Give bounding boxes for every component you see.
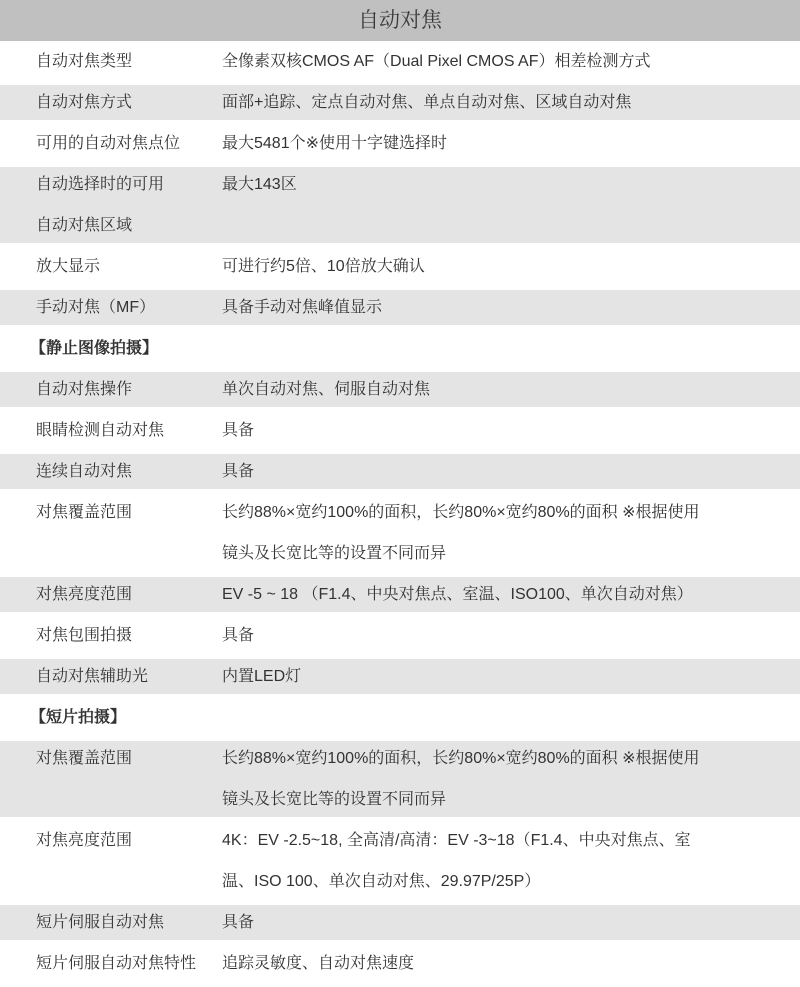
spec-label: 自动对焦类型 bbox=[0, 41, 222, 82]
label-line: 自动对焦辅助光 bbox=[36, 656, 222, 697]
value-line: 镜头及长宽比等的设置不同而异 bbox=[222, 779, 742, 820]
label-line: 自动对焦区域 bbox=[36, 205, 222, 246]
value-line: 追踪灵敏度、自动对焦速度 bbox=[222, 943, 742, 984]
spec-value: 全像素双核CMOS AF（Dual Pixel CMOS AF）相差检测方式 bbox=[222, 41, 800, 82]
section-label: 【短片拍摄】 bbox=[0, 697, 126, 738]
spec-value: 内置LED灯 bbox=[222, 656, 800, 697]
spec-value: 具备手动对焦峰值显示 bbox=[222, 287, 800, 328]
spec-value: 长约88%×宽约100%的面积，长约80%×宽约80%的面积 ※根据使用 镜头及… bbox=[222, 492, 800, 574]
autofocus-spec-table: 自动对焦 自动对焦类型 全像素双核CMOS AF（Dual Pixel CMOS… bbox=[0, 0, 800, 984]
value-line: 具备 bbox=[222, 902, 742, 943]
value-line: 单次自动对焦、伺服自动对焦 bbox=[222, 369, 742, 410]
spec-value: 长约88%×宽约100%的面积，长约80%×宽约80%的面积 ※根据使用 镜头及… bbox=[222, 738, 800, 820]
value-line: 可进行约5倍、10倍放大确认 bbox=[222, 246, 742, 287]
spec-value: EV -5 ~ 18 （F1.4、中央对焦点、室温、ISO100、单次自动对焦） bbox=[222, 574, 800, 615]
label-line: 短片伺服自动对焦 bbox=[36, 902, 222, 943]
spec-row-focus-coverage-movie: 对焦覆盖范围 长约88%×宽约100%的面积，长约80%×宽约80%的面积 ※根… bbox=[0, 738, 800, 820]
spec-label: 对焦覆盖范围 bbox=[0, 738, 222, 820]
spec-value: 具备 bbox=[222, 410, 800, 451]
label-line: 自动选择时的可用 bbox=[36, 164, 222, 205]
spec-value: 具备 bbox=[222, 615, 800, 656]
spec-row-af-zones: 自动选择时的可用 自动对焦区域 最大143区 bbox=[0, 164, 800, 246]
label-line: 对焦包围拍摄 bbox=[36, 615, 222, 656]
spec-row-af-method: 自动对焦方式 面部+追踪、定点自动对焦、单点自动对焦、区域自动对焦 bbox=[0, 82, 800, 123]
label-line: 放大显示 bbox=[36, 246, 222, 287]
spec-row-magnified-display: 放大显示 可进行约5倍、10倍放大确认 bbox=[0, 246, 800, 287]
section-label: 【静止图像拍摄】 bbox=[0, 328, 158, 369]
spec-row-af-assist-beam: 自动对焦辅助光 内置LED灯 bbox=[0, 656, 800, 697]
spec-label: 对焦亮度范围 bbox=[0, 574, 222, 615]
value-line: 4K：EV -2.5~18, 全高清/高清：EV -3~18（F1.4、中央对焦… bbox=[222, 820, 742, 861]
spec-label: 眼睛检测自动对焦 bbox=[0, 410, 222, 451]
spec-value: 面部+追踪、定点自动对焦、单点自动对焦、区域自动对焦 bbox=[222, 82, 800, 123]
spec-label: 对焦亮度范围 bbox=[0, 820, 222, 902]
value-line: 镜头及长宽比等的设置不同而异 bbox=[222, 533, 742, 574]
value-line: 最大143区 bbox=[222, 164, 742, 205]
label-line: 眼睛检测自动对焦 bbox=[36, 410, 222, 451]
spec-row-focus-brightness-movie: 对焦亮度范围 4K：EV -2.5~18, 全高清/高清：EV -3~18（F1… bbox=[0, 820, 800, 902]
spec-label: 放大显示 bbox=[0, 246, 222, 287]
label-line: 连续自动对焦 bbox=[36, 451, 222, 492]
value-line: 具备 bbox=[222, 410, 742, 451]
spec-row-af-operation: 自动对焦操作 单次自动对焦、伺服自动对焦 bbox=[0, 369, 800, 410]
spec-value: 具备 bbox=[222, 451, 800, 492]
label-line: 对焦亮度范围 bbox=[36, 574, 222, 615]
spec-label: 短片伺服自动对焦特性 bbox=[0, 943, 222, 984]
spec-value: 4K：EV -2.5~18, 全高清/高清：EV -3~18（F1.4、中央对焦… bbox=[222, 820, 800, 902]
value-line: 内置LED灯 bbox=[222, 656, 742, 697]
value-line: 温、ISO 100、单次自动对焦、29.97P/25P） bbox=[222, 861, 742, 902]
spec-value: 最大5481个※使用十字键选择时 bbox=[222, 123, 800, 164]
value-line: 具备手动对焦峰值显示 bbox=[222, 287, 742, 328]
spec-row-focus-coverage-still: 对焦覆盖范围 长约88%×宽约100%的面积，长约80%×宽约80%的面积 ※根… bbox=[0, 492, 800, 574]
spec-row-manual-focus: 手动对焦（MF） 具备手动对焦峰值显示 bbox=[0, 287, 800, 328]
spec-value: 单次自动对焦、伺服自动对焦 bbox=[222, 369, 800, 410]
value-line: 面部+追踪、定点自动对焦、单点自动对焦、区域自动对焦 bbox=[222, 82, 742, 123]
section-row-movie-shooting: 【短片拍摄】 bbox=[0, 697, 800, 738]
label-line: 对焦覆盖范围 bbox=[36, 492, 222, 533]
section-row-still-shooting: 【静止图像拍摄】 bbox=[0, 328, 800, 369]
value-line: 具备 bbox=[222, 615, 742, 656]
spec-value: 可进行约5倍、10倍放大确认 bbox=[222, 246, 800, 287]
spec-label: 手动对焦（MF） bbox=[0, 287, 222, 328]
value-line: 长约88%×宽约100%的面积，长约80%×宽约80%的面积 ※根据使用 bbox=[222, 492, 742, 533]
spec-label: 对焦覆盖范围 bbox=[0, 492, 222, 574]
value-line: 具备 bbox=[222, 451, 742, 492]
spec-row-eye-detection-af: 眼睛检测自动对焦 具备 bbox=[0, 410, 800, 451]
spec-row-focus-brightness-still: 对焦亮度范围 EV -5 ~ 18 （F1.4、中央对焦点、室温、ISO100、… bbox=[0, 574, 800, 615]
spec-row-movie-servo-af-characteristics: 短片伺服自动对焦特性 追踪灵敏度、自动对焦速度 bbox=[0, 943, 800, 984]
spec-label: 连续自动对焦 bbox=[0, 451, 222, 492]
label-line: 对焦覆盖范围 bbox=[36, 738, 222, 779]
spec-label: 自动选择时的可用 自动对焦区域 bbox=[0, 164, 222, 246]
spec-label: 可用的自动对焦点位 bbox=[0, 123, 222, 164]
value-line: 最大5481个※使用十字键选择时 bbox=[222, 123, 742, 164]
label-line: 对焦亮度范围 bbox=[36, 820, 222, 861]
spec-value: 最大143区 bbox=[222, 164, 800, 246]
spec-label: 自动对焦方式 bbox=[0, 82, 222, 123]
label-line: 自动对焦类型 bbox=[36, 41, 222, 82]
label-line: 自动对焦操作 bbox=[36, 369, 222, 410]
spec-value: 追踪灵敏度、自动对焦速度 bbox=[222, 943, 800, 984]
spec-label: 自动对焦辅助光 bbox=[0, 656, 222, 697]
spec-row-continuous-af: 连续自动对焦 具备 bbox=[0, 451, 800, 492]
spec-row-af-type: 自动对焦类型 全像素双核CMOS AF（Dual Pixel CMOS AF）相… bbox=[0, 41, 800, 82]
value-line: EV -5 ~ 18 （F1.4、中央对焦点、室温、ISO100、单次自动对焦） bbox=[222, 574, 742, 615]
spec-label: 对焦包围拍摄 bbox=[0, 615, 222, 656]
label-line: 自动对焦方式 bbox=[36, 82, 222, 123]
spec-row-focus-bracketing: 对焦包围拍摄 具备 bbox=[0, 615, 800, 656]
value-line: 全像素双核CMOS AF（Dual Pixel CMOS AF）相差检测方式 bbox=[222, 41, 742, 82]
spec-label: 自动对焦操作 bbox=[0, 369, 222, 410]
spec-row-af-points: 可用的自动对焦点位 最大5481个※使用十字键选择时 bbox=[0, 123, 800, 164]
label-line: 可用的自动对焦点位 bbox=[36, 123, 222, 164]
label-line: 手动对焦（MF） bbox=[36, 287, 222, 328]
spec-value: 具备 bbox=[222, 902, 800, 943]
value-line: 长约88%×宽约100%的面积，长约80%×宽约80%的面积 ※根据使用 bbox=[222, 738, 742, 779]
spec-label: 短片伺服自动对焦 bbox=[0, 902, 222, 943]
spec-row-movie-servo-af: 短片伺服自动对焦 具备 bbox=[0, 902, 800, 943]
label-line: 短片伺服自动对焦特性 bbox=[36, 943, 222, 984]
table-title: 自动对焦 bbox=[0, 0, 800, 41]
